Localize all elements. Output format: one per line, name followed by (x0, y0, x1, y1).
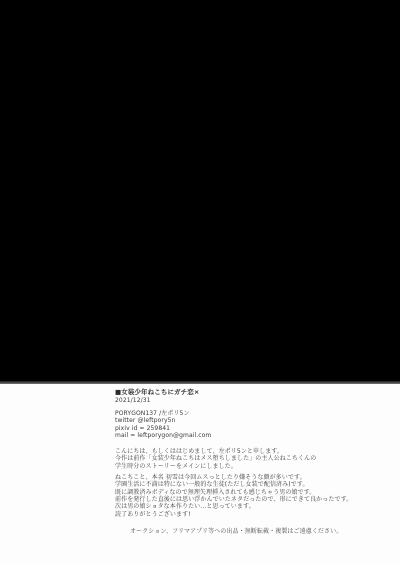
doujin-title: ■女装少年ねこちにガチ恋× (115, 389, 377, 397)
credit-line-circle: PORYGON137 /左ポリ5ン (115, 410, 377, 417)
afterword-paragraph-1: こんにちは、もしくははじめまして、左ポリ5ンと申します。 今作は前作「女装少年ね… (115, 448, 377, 470)
doujin-colophon-page: ■女装少年ねこちにガチ恋× 2021/12/31 PORYGON137 /左ポリ… (0, 0, 400, 565)
afterword-paragraph-2: ねこちこと、本名 初雪は今回ムスっとしたり嫌そうな顔が多いです。 学園生活に不満… (115, 474, 377, 518)
afterword-line: 読了ありがとうございます! (115, 511, 377, 518)
artwork-black-panel (0, 0, 400, 381)
afterword-line: 既に調教済みボディなので無理矢理挿入されても感じちゃう男の娘です。 (115, 489, 377, 496)
colophon-block: ■女装少年ねこちにガチ恋× 2021/12/31 PORYGON137 /左ポリ… (115, 389, 377, 535)
page-edge-divider (0, 381, 400, 384)
credit-line-pixiv: pixiv id = 259841 (115, 425, 377, 432)
afterword-line: 学園生活に不満は特にない一般的な生徒(ただし女装で配信済み)です。 (115, 481, 377, 488)
credits-block: PORYGON137 /左ポリ5ン twitter @leftpory5n pi… (115, 410, 377, 439)
credit-line-twitter: twitter @leftpory5n (115, 417, 377, 424)
afterword-line: 次は男の娘ショタな本作りたい…と思っています。 (115, 503, 377, 510)
publish-date: 2021/12/31 (115, 397, 377, 405)
afterword-line: 今作は前作「女装少年ねこちはメス堕ちしました」の主人公ねこちくんの (115, 455, 377, 462)
credit-line-mail: mail = leftporygon@gmail.com (115, 432, 377, 439)
resale-notice: オークション、フリマアプリ等への出品・無断転載・複製はご遠慮ください。 (130, 528, 377, 535)
afterword-line: 学生時分のストーリーをメインにしました。 (115, 463, 377, 470)
